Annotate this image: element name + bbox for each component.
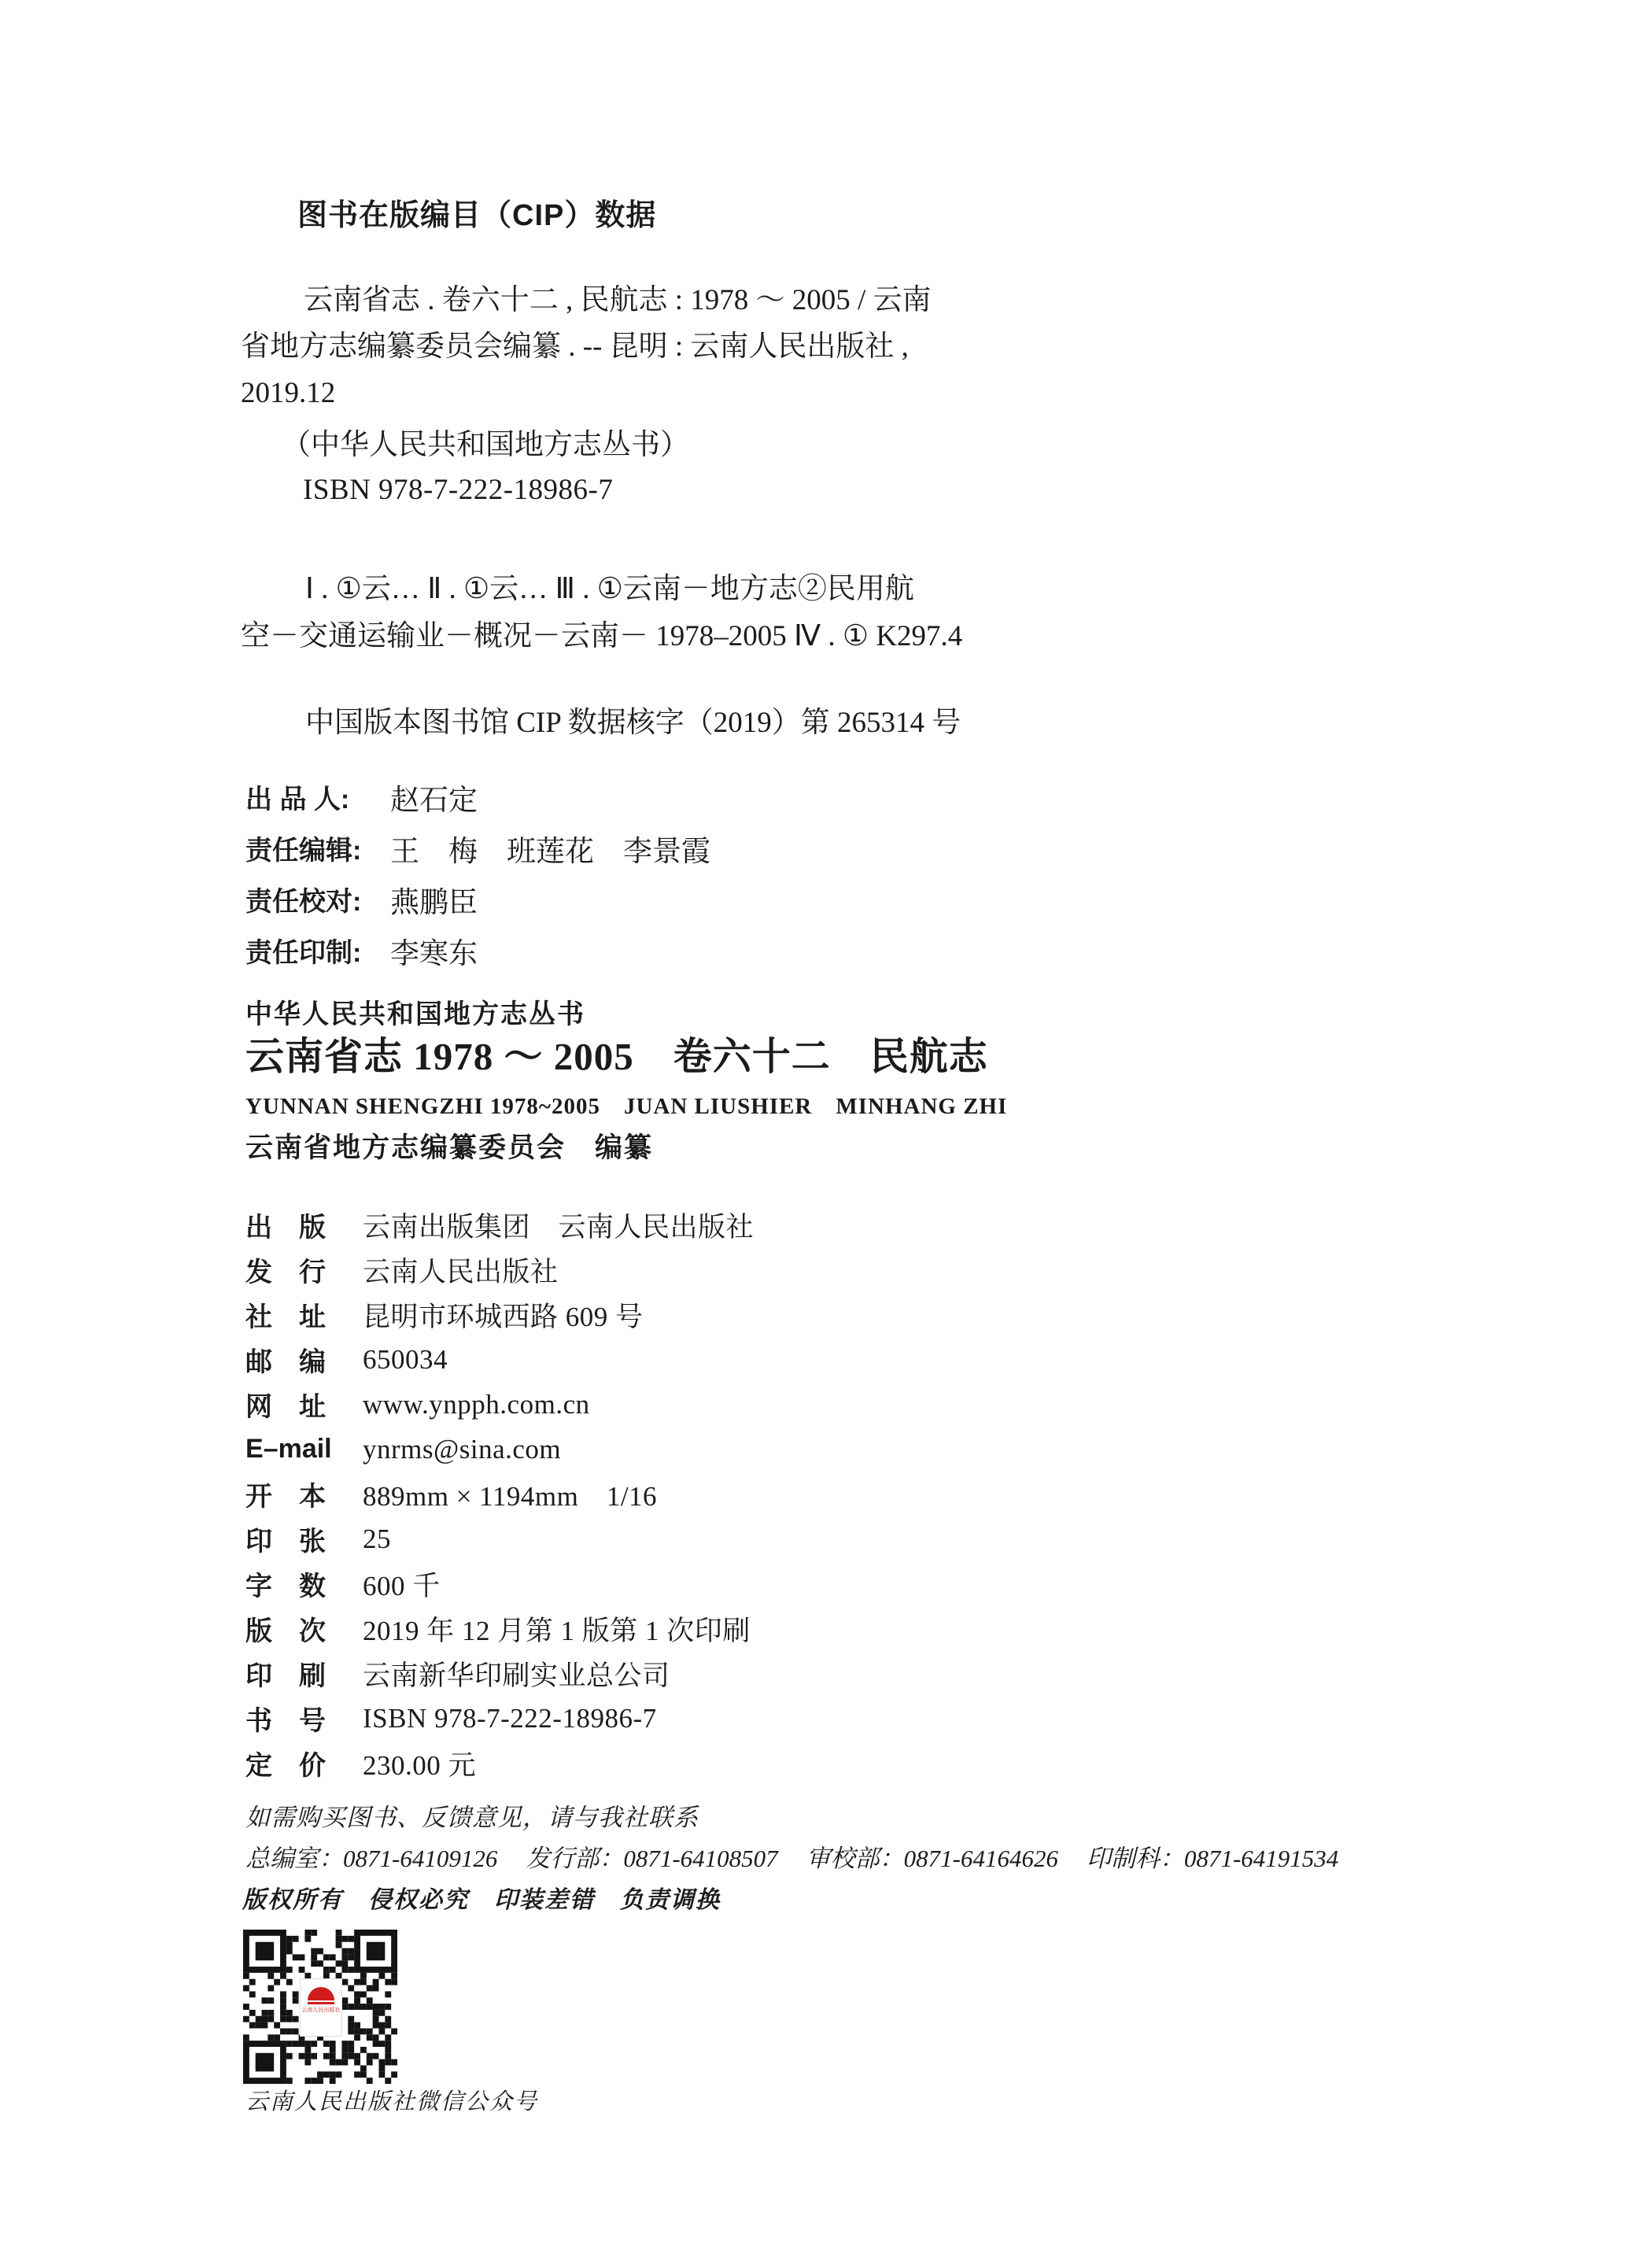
pub-field-value: 2019 年 12 月第 1 版第 1 次印刷 [363,1609,751,1649]
publisher-logo-text: 云南人民出版社 [302,2007,341,2014]
pub-field-value: ISBN 978-7-222-18986-7 [363,1703,657,1734]
cip-line: 2019.12 [241,370,932,416]
cip-header: 图书在版编目（CIP）数据 [297,198,656,233]
phone-entry: 发行部：0871-64108507 [526,1843,777,1875]
classification-line: 空－交通运输业－概况－云南－ 1978–2005 Ⅳ . ① K297.4 [241,613,962,660]
pub-field-value: 600 千 [363,1564,441,1604]
qr-caption: 云南人民出版社微信公众号 [245,2087,538,2117]
pub-row: 定 价 230.00 元 [245,1741,754,1786]
pub-row: 邮 编 650034 [245,1337,754,1382]
pub-field-label: 发 行 [245,1250,337,1289]
pub-row: 字 数 600 千 [245,1561,754,1606]
staff-name: 李寒东 [390,929,478,972]
cip-record-number: 中国版本图书馆 CIP 数据核字（2019）第 265314 号 [305,707,961,740]
pub-field-value: www.ynpph.com.cn [363,1389,590,1420]
cip-line: 省地方志编纂委员会编纂 . -- 昆明 : 云南人民出版社 , [241,323,932,370]
pub-row: 出 版 云南出版集团 云南人民出版社 [245,1202,754,1247]
pub-field-value: 230.00 元 [363,1744,476,1783]
phone-entry: 印制科：0871-64191534 [1087,1843,1338,1875]
purchase-note: 如需购买图书、反馈意见，请与我社联系 [245,1802,699,1834]
cip-classification: Ⅰ . ①云… Ⅱ . ①云… Ⅲ . ①云南－地方志②民用航 空－交通运输业－… [241,566,962,660]
publisher-logo: 云南人民出版社 [300,1978,342,2037]
pub-field-value: 889mm × 1194mm 1/16 [363,1475,657,1514]
pub-row: 书 号 ISBN 978-7-222-18986-7 [245,1696,754,1741]
series-note: （中华人民共和国地方志丛书） [282,429,689,462]
staff-role-label: 出 品 人: [245,778,373,816]
cip-paragraph: 云南省志 . 卷六十二 , 民航志 : 1978 ～ 2005 / 云南 省地方… [241,277,932,416]
pub-field-value: 650034 [363,1344,448,1376]
pub-row: 开 本 889mm × 1194mm 1/16 [245,1472,754,1516]
pub-field-label: 社 址 [245,1295,337,1334]
copyright-page: 图书在版编目（CIP）数据 云南省志 . 卷六十二 , 民航志 : 1978 ～… [0,0,1642,2268]
staff-row: 责任编辑: 王 梅 班莲花 李景霞 [245,822,710,874]
pub-field-label: E–mail [245,1434,337,1465]
pub-row: 社 址 昆明市环城西路 609 号 [245,1292,754,1337]
copyright-notice: 版权所有 侵权必究 印装差错 负责调换 [242,1885,721,1916]
staff-row: 责任印制: 李寒东 [245,925,710,976]
phone-entry: 审校部：0871-64164626 [806,1843,1058,1875]
pub-field-label: 邮 编 [245,1340,337,1379]
staff-role-label: 责任印制: [245,931,373,970]
pub-field-label: 印 刷 [245,1654,337,1693]
pub-row: 发 行 云南人民出版社 [245,1247,754,1292]
wechat-qr-code: 云南人民出版社 [243,1930,397,2084]
pub-field-label: 字 数 [245,1564,337,1603]
isbn-number: ISBN 978-7-222-18986-7 [303,474,613,507]
pub-field-label: 开 本 [245,1475,337,1513]
cip-line: 云南省志 . 卷六十二 , 民航志 : 1978 ～ 2005 / 云南 [241,277,932,323]
classification-line: Ⅰ . ①云… Ⅱ . ①云… Ⅲ . ①云南－地方志②民用航 [241,566,962,613]
staff-row: 责任校对: 燕鹏臣 [245,874,710,925]
staff-list: 出 品 人: 赵石定 责任编辑: 王 梅 班莲花 李景霞 责任校对: 燕鹏臣 责… [245,771,710,976]
pub-field-label: 网 址 [245,1385,337,1424]
staff-role-label: 责任校对: [245,880,373,918]
pub-field-value: 昆明市环城西路 609 号 [363,1295,644,1335]
pub-field-label: 书 号 [245,1699,337,1738]
staff-name: 王 梅 班莲花 李景霞 [390,827,710,870]
compiler-line: 云南省地方志编纂委员会 编纂 [245,1130,653,1166]
pub-row: 网 址 www.ynpph.com.cn [245,1382,754,1427]
pub-field-value: ynrms@sina.com [363,1434,561,1465]
publisher-wave-icon [308,2002,334,2004]
contact-phones: 总编室：0871-64109126 发行部：0871-64108507 审校部：… [245,1843,1338,1875]
staff-name: 燕鹏臣 [390,878,478,921]
pub-row: E–mail ynrms@sina.com [245,1427,754,1472]
publication-details: 出 版 云南出版集团 云南人民出版社 发 行 云南人民出版社 社 址 昆明市环城… [245,1202,754,1786]
pub-field-label: 定 价 [245,1744,337,1782]
staff-row: 出 品 人: 赵石定 [245,771,710,822]
pub-field-value: 25 [363,1524,391,1555]
publisher-sun-icon [308,1987,334,2000]
phone-entry: 总编室：0871-64109126 [245,1843,497,1875]
book-title-pinyin: YUNNAN SHENGZHI 1978~2005 JUAN LIUSHIER … [245,1091,1007,1122]
staff-role-label: 责任编辑: [245,829,373,867]
pub-field-value: 云南新华印刷实业总公司 [363,1654,670,1694]
staff-name: 赵石定 [390,776,478,818]
book-title: 云南省志 1978 ～ 2005 卷六十二 民航志 [245,1031,988,1083]
pub-field-label: 印 张 [245,1520,337,1558]
pub-row: 印 刷 云南新华印刷实业总公司 [245,1651,754,1696]
series-title: 中华人民共和国地方志丛书 [245,998,585,1031]
pub-field-value: 云南人民出版社 [363,1250,559,1290]
pub-field-label: 版 次 [245,1609,337,1648]
pub-row: 印 张 25 [245,1516,754,1561]
pub-row: 版 次 2019 年 12 月第 1 版第 1 次印刷 [245,1606,754,1651]
pub-field-value: 云南出版集团 云南人民出版社 [363,1206,754,1245]
pub-field-label: 出 版 [245,1206,337,1244]
